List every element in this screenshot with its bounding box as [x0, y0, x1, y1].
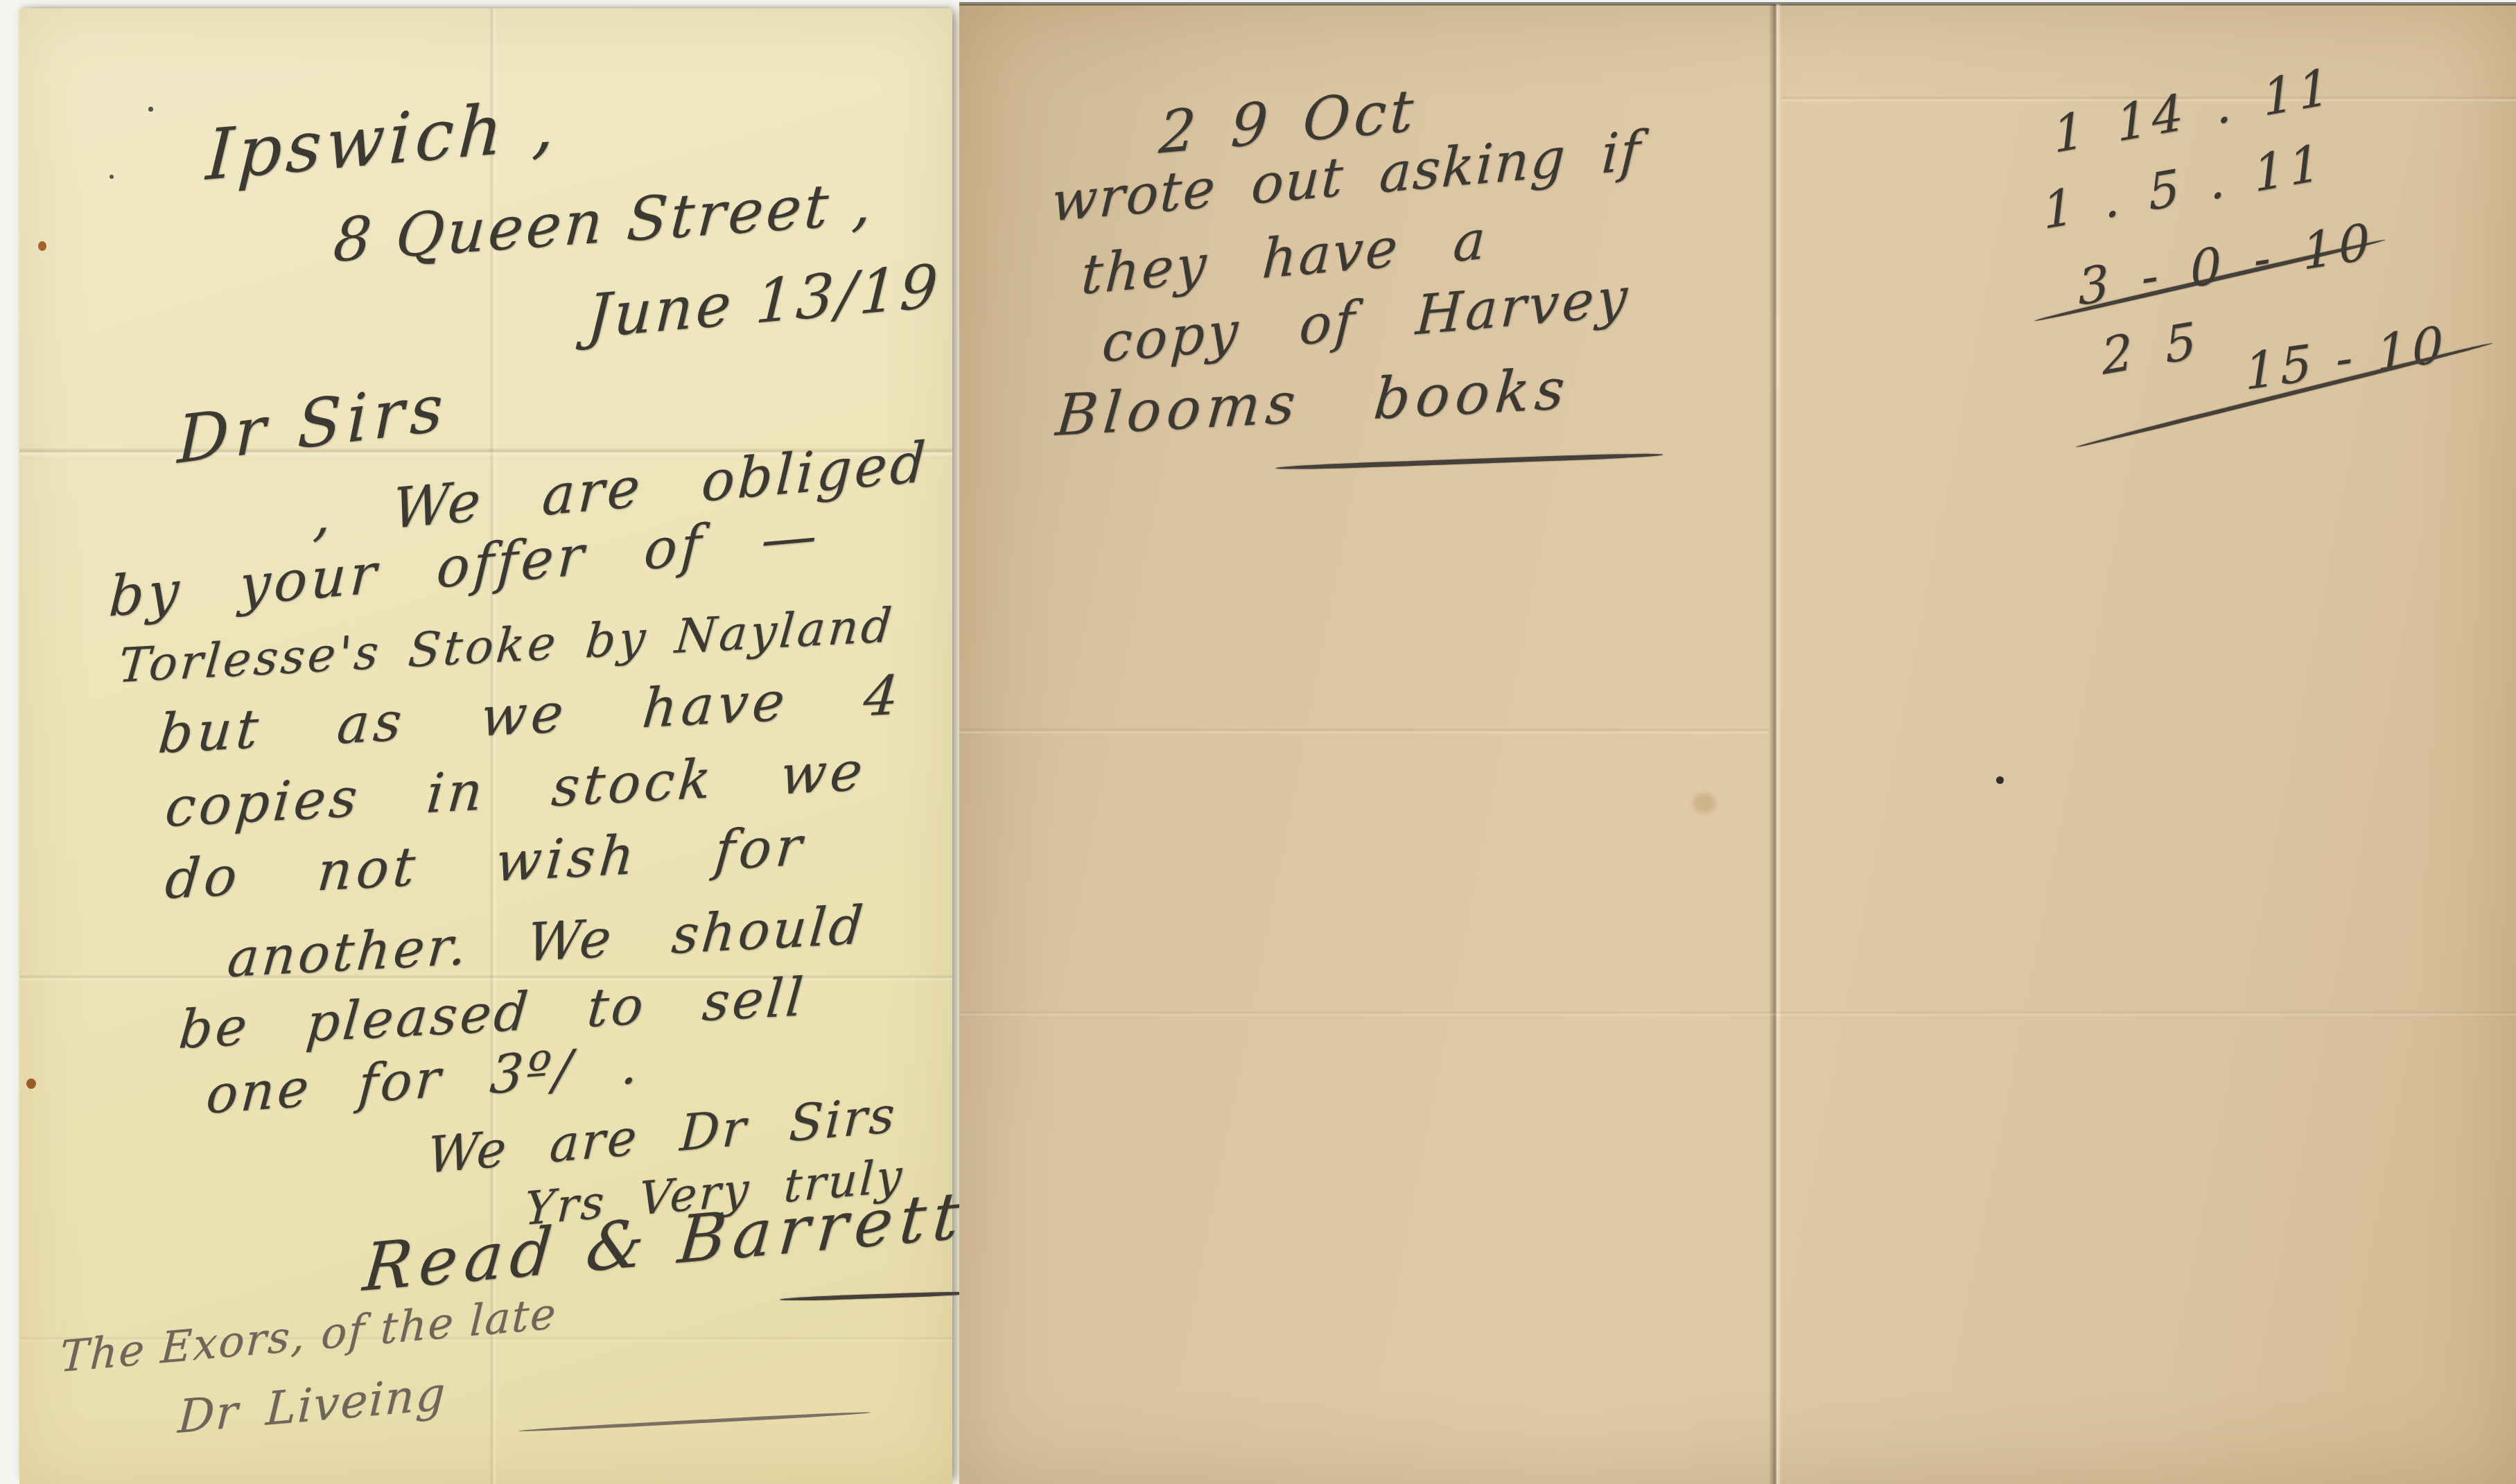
note-vertical-fold-crease: [1769, 4, 1781, 1484]
letter-speck-4: [26, 1079, 36, 1089]
note-horizontal-crease-lower: [959, 1011, 2516, 1016]
letter-speck-3: [110, 175, 114, 179]
letter-fold-crease-middle: [19, 975, 952, 981]
note-page-top-edge: [959, 2, 2516, 6]
scanned-documents: Ipswich , 8 Queen Street , June 13/19 Dr…: [0, 0, 2516, 1484]
letter-speck-1: [38, 241, 46, 251]
note-speck: [1996, 776, 2004, 784]
letter-speck-2: [148, 107, 153, 112]
note-stain: [1693, 793, 1716, 814]
note-horizontal-crease-upper: [959, 728, 1769, 734]
